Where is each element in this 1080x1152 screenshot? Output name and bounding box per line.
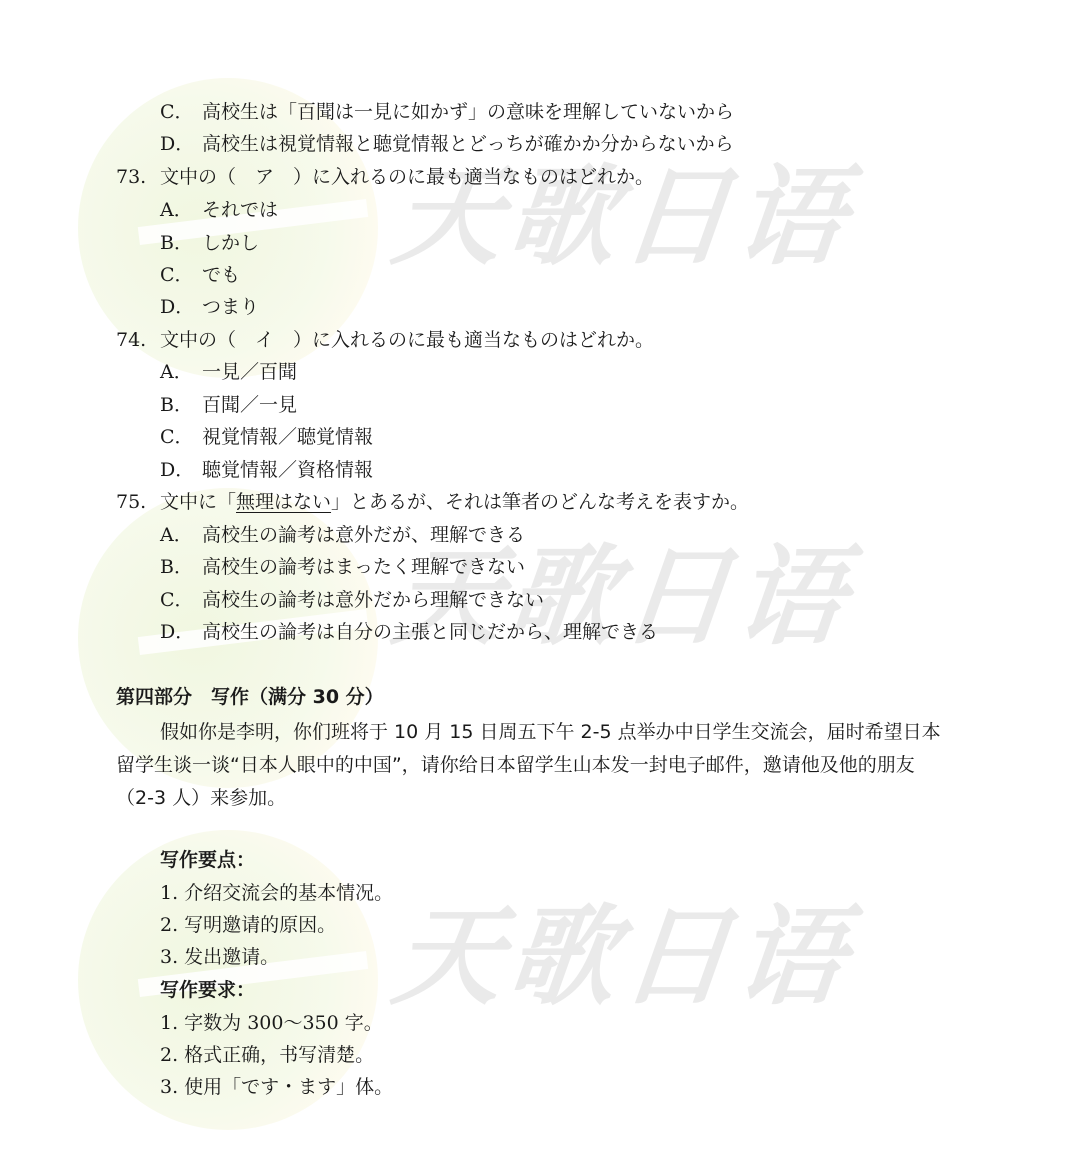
option-label: D． [160, 292, 202, 322]
point-item: 1. 介绍交流会的基本情况。 [160, 878, 393, 908]
option-label: C． [160, 260, 202, 290]
q73-option-d: D．つまり [160, 292, 259, 322]
option-label: C． [160, 97, 202, 127]
question-stem: 文中の（ イ ）に入れるのに最も適当なものはどれか。 [160, 329, 654, 351]
question-74: 74.文中の（ イ ）に入れるのに最も適当なものはどれか。 [116, 325, 654, 355]
points-heading: 写作要点： [160, 845, 255, 875]
watermark-text: 天歌日语 [387, 870, 859, 1025]
question-number: 73. [116, 162, 160, 192]
q74-option-a: A．一見／百聞 [160, 357, 297, 387]
requirement-item: 3. 使用「です・ます」体。 [160, 1072, 393, 1102]
question-number: 75. [116, 487, 160, 517]
option-text: しかし [202, 232, 259, 254]
option-c: C．高校生は「百聞は一見に如かず」の意味を理解していないから [160, 97, 734, 127]
option-text: 聴覚情報／資格情報 [202, 459, 373, 481]
option-text: 高校生は「百聞は一見に如かず」の意味を理解していないから [202, 101, 734, 123]
option-text: 一見／百聞 [202, 361, 297, 383]
question-stem-pre: 文中に「 [160, 491, 236, 513]
option-label: A． [160, 520, 202, 550]
question-number: 74. [116, 325, 160, 355]
option-label: B． [160, 228, 202, 258]
option-label: D． [160, 617, 202, 647]
q73-option-c: C．でも [160, 260, 240, 290]
option-text: 高校生は視覚情報と聴覚情報とどっちが確かか分からないから [202, 133, 734, 155]
question-73: 73.文中の（ ア ）に入れるのに最も適当なものはどれか。 [116, 162, 654, 192]
option-text: 高校生の論考は意外だが、理解できる [202, 524, 525, 546]
q74-option-d: D．聴覚情報／資格情報 [160, 455, 373, 485]
option-text: 高校生の論考はまったく理解できない [202, 556, 525, 578]
option-label: D． [160, 455, 202, 485]
option-d: D．高校生は視覚情報と聴覚情報とどっちが確かか分からないから [160, 129, 734, 159]
q74-option-b: B．百聞／一見 [160, 390, 297, 420]
q75-option-d: D．高校生の論考は自分の主張と同じだから、理解できる [160, 617, 658, 647]
option-label: C． [160, 422, 202, 452]
question-stem-post: 」とあるが、それは筆者のどんな考えを表すか。 [331, 491, 749, 513]
option-text: 百聞／一見 [202, 394, 297, 416]
question-stem: 文中の（ ア ）に入れるのに最も適当なものはどれか。 [160, 166, 654, 188]
option-text: それでは [202, 199, 278, 221]
q73-option-a: A．それでは [160, 195, 278, 225]
option-label: A． [160, 195, 202, 225]
point-item: 2. 写明邀请的原因。 [160, 910, 336, 940]
q73-option-b: B．しかし [160, 228, 259, 258]
point-item: 3. 发出邀请。 [160, 942, 279, 972]
writing-prompt: 假如你是李明，你们班将于 10 月 15 日周五下午 2-5 点举办中日学生交流… [116, 716, 946, 815]
option-text: つまり [202, 296, 259, 318]
option-text: 高校生の論考は意外だから理解できない [202, 589, 544, 611]
section-title: 第四部分 写作（满分 30 分） [116, 682, 384, 712]
requirement-item: 2. 格式正确，书写清楚。 [160, 1040, 374, 1070]
option-text: 高校生の論考は自分の主張と同じだから、理解できる [202, 621, 658, 643]
q75-option-b: B．高校生の論考はまったく理解できない [160, 552, 525, 582]
option-label: A． [160, 357, 202, 387]
option-label: B． [160, 390, 202, 420]
underlined-phrase: 無理はない [236, 491, 331, 513]
q74-option-c: C．視覚情報／聴覚情報 [160, 422, 373, 452]
requirement-item: 1. 字数为 300～350 字。 [160, 1008, 383, 1038]
option-text: 視覚情報／聴覚情報 [202, 426, 373, 448]
question-75: 75.文中に「無理はない」とあるが、それは筆者のどんな考えを表すか。 [116, 487, 749, 517]
option-label: D． [160, 129, 202, 159]
q75-option-c: C．高校生の論考は意外だから理解できない [160, 585, 544, 615]
option-text: でも [202, 264, 240, 286]
q75-option-a: A．高校生の論考は意外だが、理解できる [160, 520, 525, 550]
option-label: C． [160, 585, 202, 615]
requirements-heading: 写作要求： [160, 975, 255, 1005]
option-label: B． [160, 552, 202, 582]
